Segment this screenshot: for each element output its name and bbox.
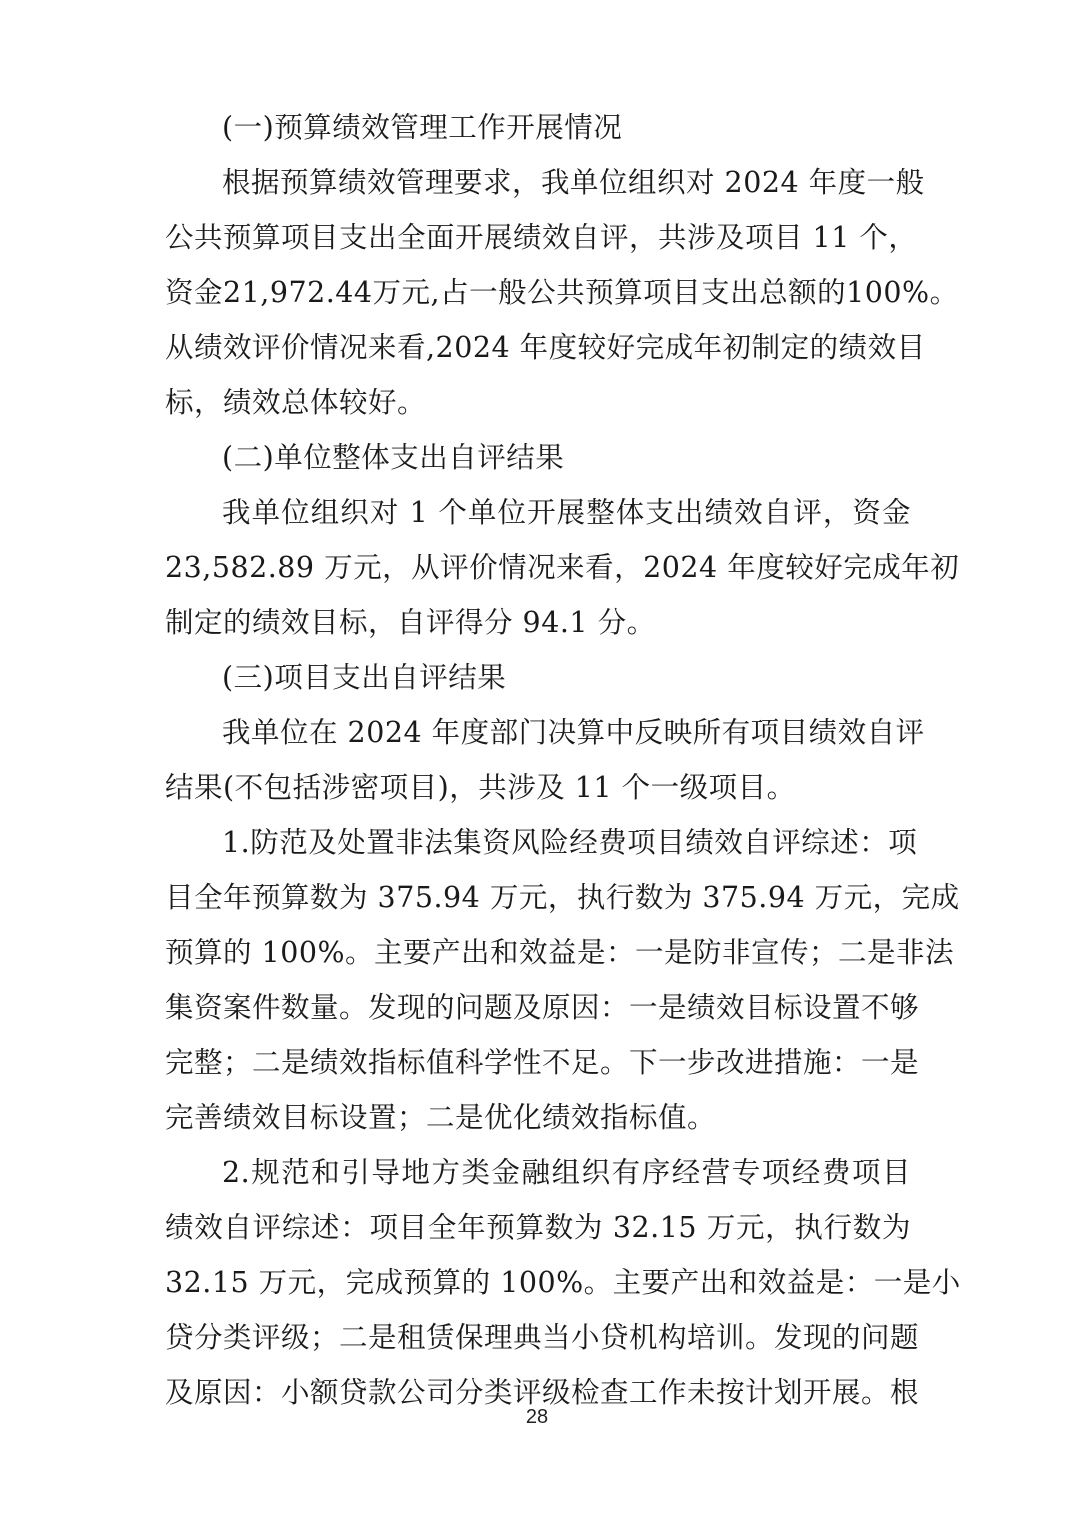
project-1-line: 完善绩效目标设置；二是优化绩效指标值。 (165, 1098, 911, 1138)
project-2-line: 贷分类评级；二是租赁保理典当小贷机构培训。发现的问题 (165, 1318, 911, 1358)
document-page: (一)预算绩效管理工作开展情况 根据预算绩效管理要求，我单位组织对 2024 年… (0, 0, 1074, 1520)
project-1-line: 预算的 100%。主要产出和效益是：一是防非宣传；二是非法 (165, 933, 911, 973)
project-2-line: 32.15 万元，完成预算的 100%。主要产出和效益是：一是小 (165, 1263, 911, 1303)
paragraph-line: 从绩效评价情况来看,2024 年度较好完成年初制定的绩效目 (165, 328, 911, 368)
paragraph-line: 资金21,972.44万元,占一般公共预算项目支出总额的100%。 (165, 273, 911, 313)
project-2-line: 2.规范和引导地方类金融组织有序经营专项经费项目 (222, 1153, 911, 1193)
paragraph-line: 标，绩效总体较好。 (165, 383, 911, 423)
project-1-line: 目全年预算数为 375.94 万元，执行数为 375.94 万元，完成 (165, 878, 911, 918)
section-heading-2: (二)单位整体支出自评结果 (222, 438, 911, 478)
project-1-line: 集资案件数量。发现的问题及原因：一是绩效目标设置不够 (165, 988, 911, 1028)
paragraph-line: 结果(不包括涉密项目)，共涉及 11 个一级项目。 (165, 768, 911, 808)
project-1-line: 1.防范及处置非法集资风险经费项目绩效自评综述：项 (222, 823, 911, 863)
paragraph-line: 23,582.89 万元，从评价情况来看，2024 年度较好完成年初 (165, 548, 911, 588)
project-1-line: 完整；二是绩效指标值科学性不足。下一步改进措施：一是 (165, 1043, 911, 1083)
paragraph-line: 我单位在 2024 年度部门决算中反映所有项目绩效自评 (222, 713, 911, 753)
paragraph-line: 制定的绩效目标，自评得分 94.1 分。 (165, 603, 911, 643)
paragraph-line: 公共预算项目支出全面开展绩效自评，共涉及项目 11 个， (165, 218, 911, 258)
paragraph-line: 我单位组织对 1 个单位开展整体支出绩效自评，资金 (222, 493, 911, 533)
project-2-line: 绩效自评综述：项目全年预算数为 32.15 万元，执行数为 (165, 1208, 911, 1248)
page-number: 28 (0, 1406, 1074, 1429)
paragraph-line: 根据预算绩效管理要求，我单位组织对 2024 年度一般 (222, 163, 911, 203)
section-heading-1: (一)预算绩效管理工作开展情况 (222, 108, 911, 148)
section-heading-3: (三)项目支出自评结果 (222, 658, 911, 698)
